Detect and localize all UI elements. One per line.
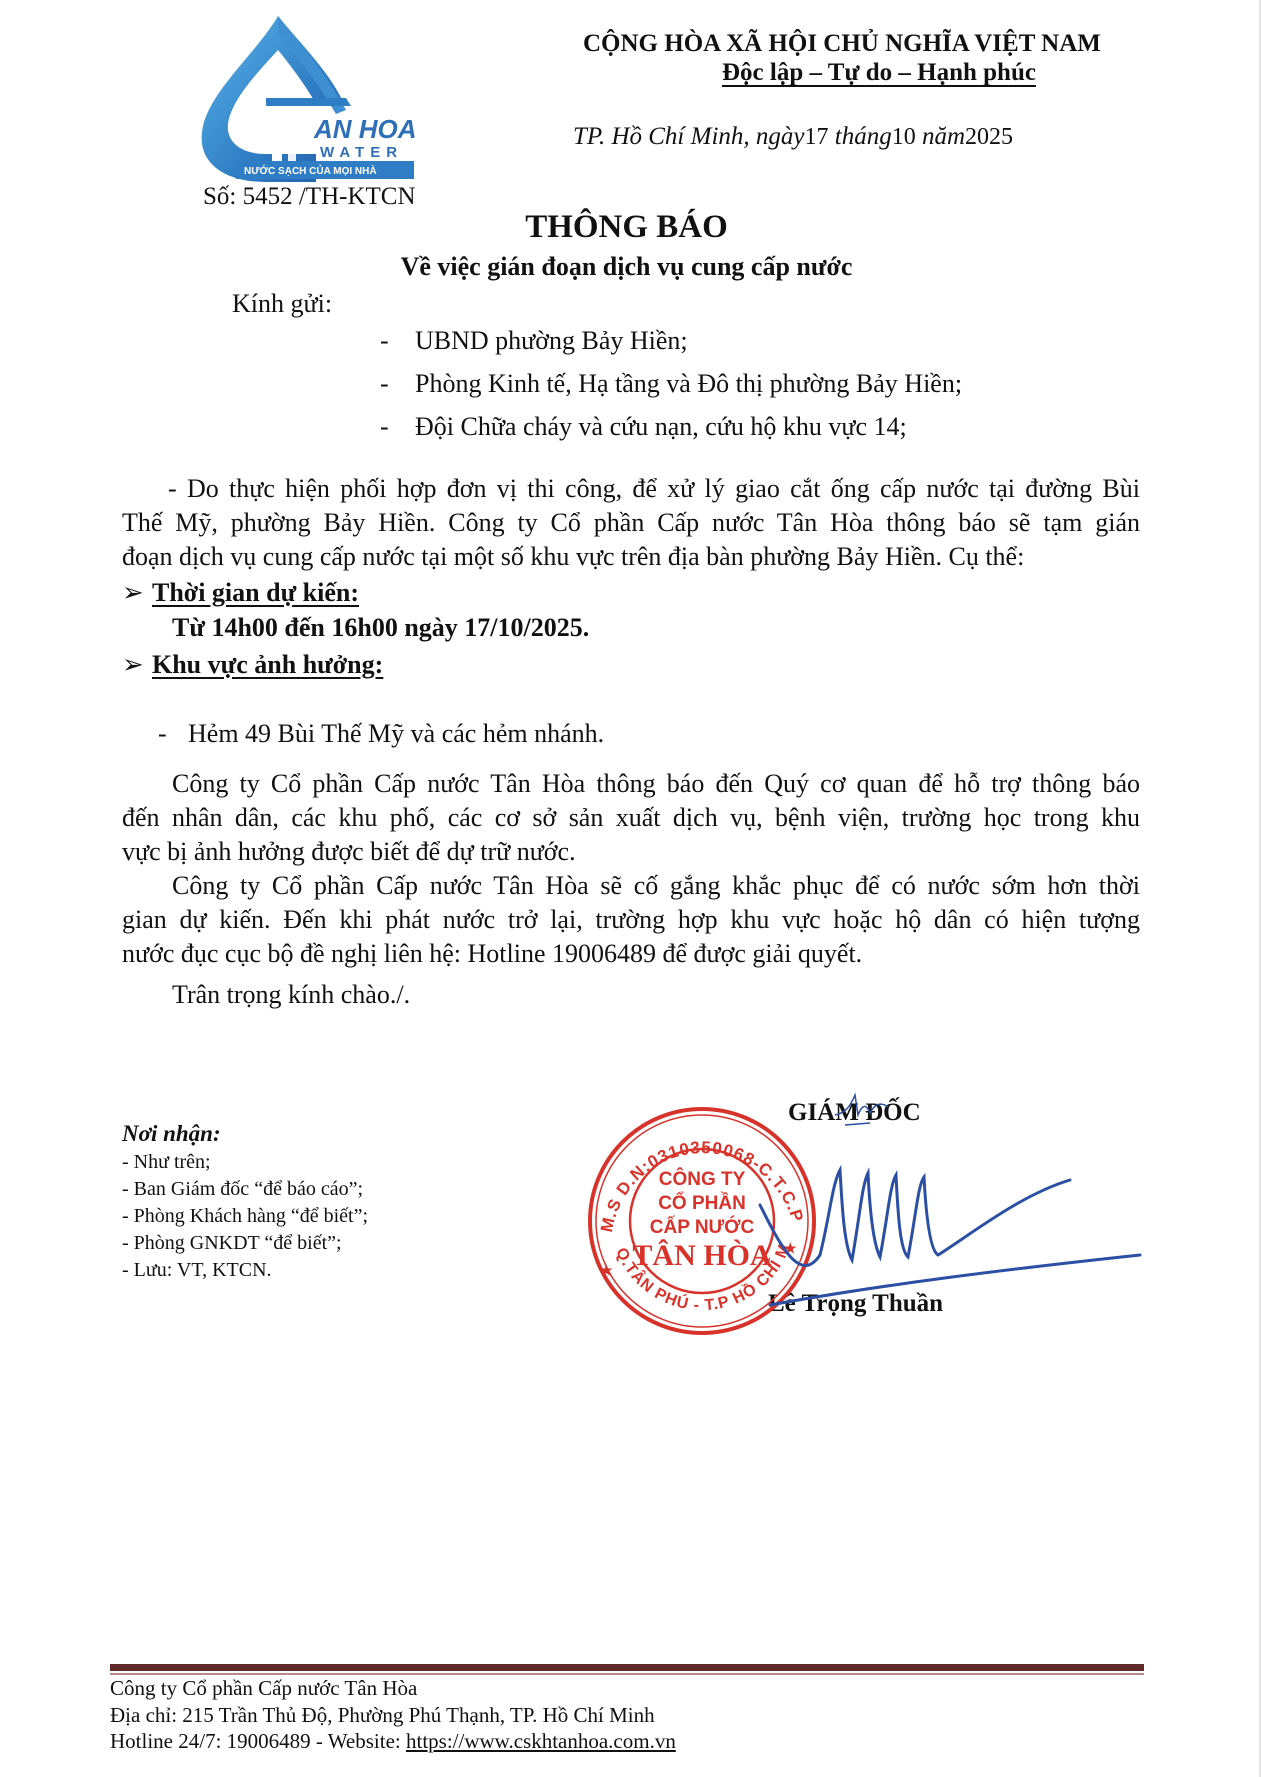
salutation: Kính gửi: (232, 289, 332, 319)
recipients-list-item: - Phòng GNKDT “để biết”; (122, 1232, 342, 1255)
closing-greeting: Trân trọng kính chào./. (172, 980, 410, 1010)
company-stamp-icon: M.S D.N:0310350068-C.T.C.P Q.TÂN PHÚ - T… (584, 1103, 820, 1339)
hotline-paragraph: Công ty Cổ phần Cấp nước Tân Hòa sẽ cố g… (122, 869, 1140, 971)
svg-text:★: ★ (600, 1262, 613, 1278)
recipients-list-item: - Như trên; (122, 1151, 211, 1174)
document-date: TP. Hồ Chí Minh, ngày17 tháng10 năm2025 (573, 123, 1013, 151)
national-title: CỘNG HÒA XÃ HỘI CHỦ NGHĨA VIỆT NAM (583, 30, 1101, 58)
svg-text:★: ★ (784, 1240, 797, 1256)
svg-text:AN HOA: AN HOA (313, 114, 417, 144)
arrow-bullet-icon: ➢ (122, 650, 152, 680)
recipients-list-item: - Lưu: VT, KTCN. (122, 1259, 272, 1282)
notice-title: THÔNG BÁO (0, 209, 1253, 246)
svg-text:TÂN HÒA: TÂN HÒA (632, 1239, 772, 1272)
recipients-title: Nơi nhận: (122, 1121, 221, 1147)
svg-text:NƯỚC SẠCH CỦA MỌI NHÀ: NƯỚC SẠCH CỦA MỌI NHÀ (244, 164, 377, 177)
time-value: Từ 14h00 đến 16h00 ngày 17/10/2025. (172, 613, 589, 643)
svg-text:CỔ PHẦN: CỔ PHẦN (658, 1192, 746, 1214)
recipients-list-item: - Ban Giám đốc “để báo cáo”; (122, 1178, 363, 1201)
area-item: -Hẻm 49 Bùi Thế Mỹ và các hẻm nhánh. (158, 719, 167, 749)
area-heading: ➢Khu vực ảnh hưởng: (122, 650, 383, 680)
company-logo: AN HOA WATER NƯỚC SẠCH CỦA MỌI NHÀ (196, 14, 418, 184)
footer-address: Địa chỉ: 215 Trần Thủ Độ, Phường Phú Thạ… (110, 1703, 655, 1728)
time-heading: ➢Thời gian dự kiến: (122, 578, 359, 608)
arrow-bullet-icon: ➢ (122, 578, 152, 608)
svg-text:WATER: WATER (320, 144, 403, 161)
footer-contact: Hotline 24/7: 19006489 - Website: https:… (110, 1729, 676, 1754)
footer-company: Công ty Cổ phần Cấp nước Tân Hòa (110, 1676, 417, 1701)
svg-text:CÔNG TY: CÔNG TY (659, 1168, 746, 1190)
footer-divider (110, 1664, 1144, 1675)
intro-paragraph: - Do thực hiện phối hợp đơn vị thi công,… (122, 472, 1140, 574)
svg-text:CẤP NƯỚC: CẤP NƯỚC (650, 1216, 755, 1238)
support-paragraph: Công ty Cổ phần Cấp nước Tân Hòa thông b… (122, 767, 1140, 869)
national-motto: Độc lập – Tự do – Hạnh phúc (722, 59, 1036, 87)
recipients-list-item: - Phòng Khách hàng “để biết”; (122, 1205, 368, 1228)
website-link[interactable]: https://www.cskhtanhoa.com.vn (406, 1729, 676, 1753)
document-number: Số: 5452 /TH-KTCN (203, 183, 416, 211)
notice-subtitle: Về việc gián đoạn dịch vụ cung cấp nước (0, 252, 1253, 282)
